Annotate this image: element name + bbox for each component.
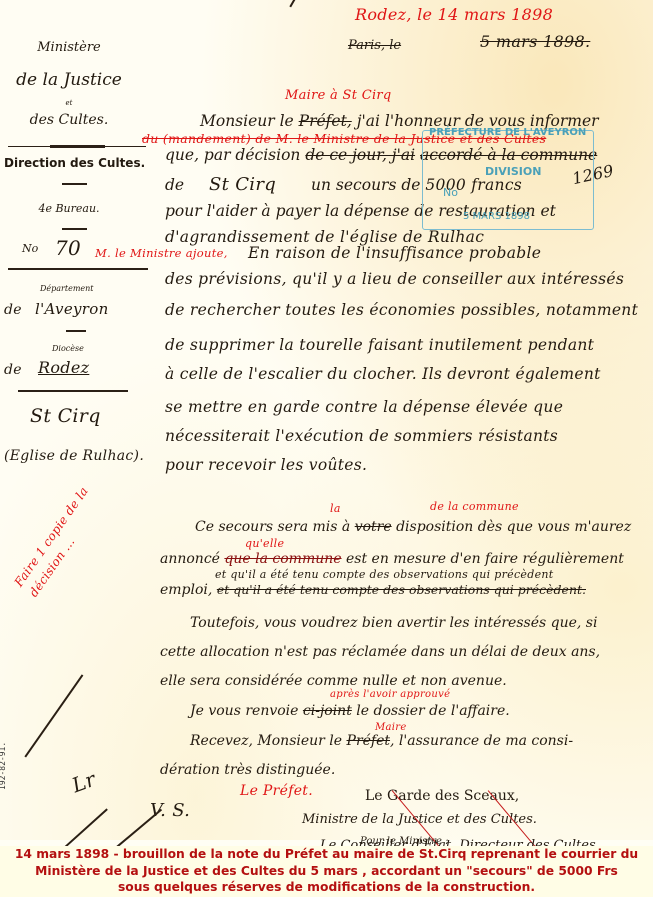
struck-text: Préfet, (299, 112, 352, 130)
text: est en mesure d'en faire régulièrement (346, 551, 624, 567)
divider-ornament (50, 145, 105, 148)
image-caption: 14 mars 1898 - brouillon de la note du P… (0, 846, 653, 897)
text: de (165, 176, 184, 194)
text: Ce secours sera mis à (195, 519, 350, 535)
body-line: Toutefois, vous voudrez bien avertir les… (190, 615, 597, 631)
body-line: En raison de l'insuffisance probable (248, 244, 541, 262)
bureau-label: 4e Bureau. (4, 202, 134, 215)
text: le dossier de l'affaire. (356, 703, 509, 719)
number-value: 70 (55, 236, 81, 260)
red-insert: la (330, 502, 341, 515)
struck-text: de ce jour, j'ai (305, 146, 415, 164)
direction-label: Direction des Cultes. (4, 156, 134, 170)
handwritten-text: St Cirq (209, 174, 276, 195)
printer-mark: 192-82-91. (0, 742, 7, 790)
text: annoncé (160, 551, 220, 567)
departement-prefix: de (4, 302, 22, 318)
body-line: dération très distinguée. (160, 762, 335, 778)
struck-text: ci-joint (303, 703, 352, 719)
stamp-line: DIVISION (485, 165, 541, 178)
body-line: pour recevoir les voûtes. (165, 456, 367, 474)
ministry-title: Ministère (4, 40, 134, 55)
red-insert: de la commune (430, 500, 519, 513)
text: Recevez, Monsieur le (190, 733, 342, 749)
ministry-et: et (4, 99, 134, 107)
printed-dateline: Paris, le (348, 38, 401, 53)
text: que, par décision (165, 146, 300, 164)
body-line: se mettre en garde contre la dépense éle… (165, 398, 563, 416)
paraph-initials: V. S. (150, 800, 190, 821)
divider (8, 268, 148, 270)
text: emploi, (160, 582, 212, 598)
commune-name: St Cirq (30, 405, 101, 427)
red-signature: Le Préfet. (240, 783, 313, 799)
stamp-date: 5 MARS 1898 (463, 211, 530, 222)
text: dès que vous m'aurez (478, 519, 631, 535)
struck-text: et qu'il a été tenu compte des observati… (217, 582, 586, 597)
struck-text: Préfet (347, 733, 391, 749)
text: Monsieur le (200, 112, 294, 130)
red-insert: M. le Ministre ajoute, (95, 246, 228, 260)
text: Je vous renvoie (190, 703, 298, 719)
departement-value: l'Aveyron (35, 300, 109, 318)
body-line: de supprimer la tourelle faisant inutile… (165, 336, 594, 354)
text: un secours de (311, 176, 420, 194)
body-line: Ce secours sera mis à votre disposition … (195, 519, 631, 535)
body-line: Recevez, Monsieur le Préfet, l'assurance… (190, 733, 573, 749)
body-line: annoncé que la commune est en mesure d'e… (160, 551, 624, 567)
caption-line: 14 mars 1898 - brouillon de la note du P… (0, 846, 653, 863)
body-line: Je vous renvoie ci-joint le dossier de l… (190, 703, 510, 719)
divider (66, 330, 86, 332)
paraph-initials: Lr (69, 767, 99, 798)
body-line: cette allocation n'est pas réclamée dans… (160, 644, 600, 660)
struck-text: que la commune (224, 551, 341, 567)
body-line: elle sera considérée comme nulle et non … (160, 673, 507, 689)
divider (62, 183, 87, 185)
struck-text: votre (355, 519, 392, 535)
red-insert: après l'avoir approuvé (330, 689, 450, 700)
diagonal-stroke (289, 0, 325, 7)
red-insert: Maire (375, 722, 407, 733)
prefecture-stamp: PRÉFECTURE DE L'AVEYRON DIVISION No 5 MA… (422, 130, 594, 230)
ministry-justice: de la Justice (4, 70, 134, 90)
body-line: à celle de l'escalier du clocher. Ils de… (165, 365, 601, 383)
body-line: emploi, et qu'il a été tenu compte des o… (160, 582, 586, 598)
body-line: de rechercher toutes les économies possi… (165, 301, 638, 319)
church-name: (Eglise de Rulhac). (4, 448, 144, 464)
ministry-cultes: des Cultes. (4, 112, 134, 128)
diocese-label: Diocèse (52, 344, 84, 353)
body-line: nécessiterait l'exécution de sommiers ré… (165, 427, 558, 445)
text: , l'assurance de ma consi- (390, 733, 573, 749)
stamp-line: No (443, 186, 458, 199)
divider (62, 228, 87, 230)
scanned-letter: Ministère de la Justice et des Cultes. D… (0, 0, 653, 840)
body-line: des prévisions, qu'il y a lieu de consei… (165, 270, 624, 288)
handwritten-date: 5 mars 1898. (480, 32, 590, 51)
divider (18, 390, 128, 392)
red-insert: qu'elle (245, 537, 284, 550)
diocese-prefix: de (4, 362, 22, 378)
departement-label: Département (40, 284, 94, 293)
caption-line: Ministère de la Justice et des Cultes du… (0, 863, 653, 880)
margin-red-note: Faire 1 copie de la décision ... (10, 465, 120, 600)
diagonal-stroke (24, 674, 83, 757)
handwritten-insert: et qu'il a été tenu compte des observati… (215, 568, 553, 581)
text: disposition (396, 519, 473, 535)
stamp-line: PRÉFECTURE DE L'AVEYRON (429, 127, 586, 138)
caption-line: sous quelques réserves de modifications … (0, 879, 653, 896)
red-addressee: Maire à St Cirq (285, 88, 392, 103)
red-dateline: Rodez, le 14 mars 1898 (355, 5, 553, 24)
diocese-value: Rodez (38, 358, 89, 377)
number-label: No (22, 242, 38, 255)
